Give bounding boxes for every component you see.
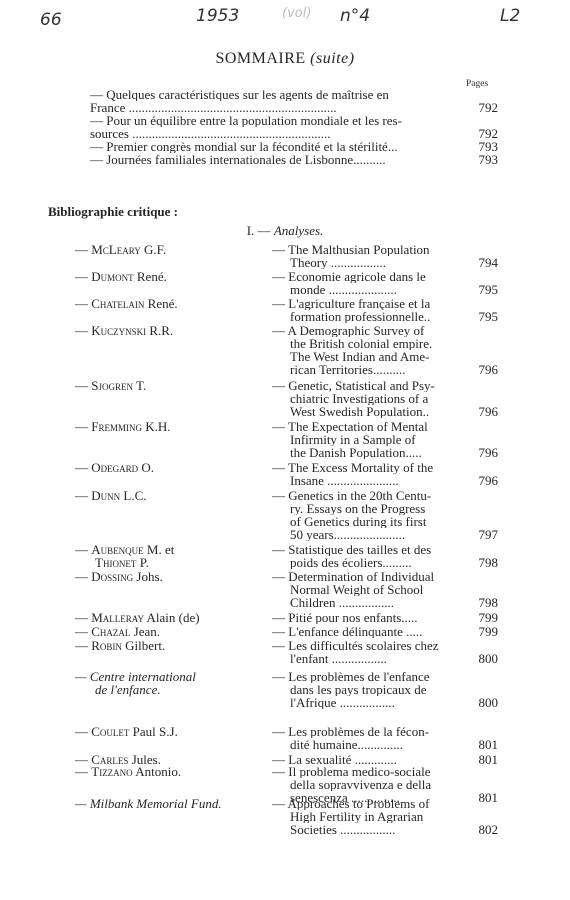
entry-title: — A Demographic Survey ofthe British col…	[272, 324, 468, 376]
entry-page: 798	[476, 556, 498, 569]
entry-author: — Odegard O.	[75, 461, 265, 474]
entry-page: 796	[476, 363, 498, 376]
toc-item: — Journées familiales internationales de…	[90, 153, 498, 166]
handwritten-volume: (vol)	[282, 6, 311, 21]
entry-author: — Chatelain René.	[75, 297, 265, 310]
entry-page: 795	[476, 283, 498, 296]
toc-item: — Premier congrès mondial sur la fécondi…	[90, 140, 498, 153]
entry-page: 801	[476, 791, 498, 804]
entry-author: — Fremming K.H.	[75, 420, 265, 433]
toc-item: — Quelques caractéristiques sur les agen…	[90, 88, 498, 114]
entry-page: 799	[476, 625, 498, 638]
entry-page: 800	[476, 696, 498, 709]
toc-item-page: 792	[479, 101, 499, 114]
toc-item-line: — Premier congrès mondial sur la fécondi…	[90, 140, 462, 153]
entry-page: 796	[476, 446, 498, 459]
entry-page: 797	[476, 528, 498, 541]
entry-title: — Determination of IndividualNormal Weig…	[272, 570, 468, 609]
entry-title: — Genetic, Statistical and Psy-chiatric …	[272, 379, 468, 418]
entry-author: — Coulet Paul S.J.	[75, 725, 265, 738]
entry-title: — Pitié pour nos enfants.....	[272, 611, 468, 624]
section-number: I. —	[247, 223, 271, 238]
section-heading: I. — Analyses.	[0, 223, 570, 239]
entry-author: — Robin Gilbert.	[75, 639, 265, 652]
entry-page: 794	[476, 256, 498, 269]
entry-page: 802	[476, 823, 498, 836]
entry-page: 798	[476, 596, 498, 609]
entry-page: 801	[476, 738, 498, 751]
entry-author: — Centre internationalde l'enfance.	[75, 670, 265, 696]
handwritten-page-number: 66	[40, 10, 62, 30]
entry-title: — L'enfance délinquante .....	[272, 625, 468, 638]
toc-item-line: France .................................…	[90, 101, 462, 114]
entry-page: 799	[476, 611, 498, 624]
toc-item-line: sources ................................…	[90, 127, 462, 140]
toc-item-line: — Journées familiales internationales de…	[90, 153, 462, 166]
title-suffix: (suite)	[310, 50, 354, 67]
bibliography-heading: Bibliographie critique :	[48, 204, 178, 220]
entry-page: 796	[476, 405, 498, 418]
entry-author: — Dumont René.	[75, 270, 265, 283]
entry-author: — Kuczynski R.R.	[75, 324, 265, 337]
handwritten-year: 1953	[196, 6, 239, 26]
entry-page: 795	[476, 310, 498, 323]
entry-author: — Malleray Alain (de)	[75, 611, 265, 624]
entry-title: — The Malthusian PopulationTheory ......…	[272, 243, 468, 269]
toc-item-line: — Quelques caractéristiques sur les agen…	[90, 88, 462, 101]
toc-item: — Pour un équilibre entre la population …	[90, 114, 498, 140]
entry-author: — McLeary G.F.	[75, 243, 265, 256]
entry-page: 800	[476, 652, 498, 665]
entry-page: 796	[476, 474, 498, 487]
entry-title: — Genetics in the 20th Centu-ry. Essays …	[272, 489, 468, 541]
entry-author: — Dossing Johs.	[75, 570, 265, 583]
section-title: Analyses.	[274, 223, 323, 238]
toc-item-line: — Pour un équilibre entre la population …	[90, 114, 462, 127]
entry-author: — Chazal Jean.	[75, 625, 265, 638]
entry-author: — Dunn L.C.	[75, 489, 265, 502]
handwritten-issue: n°4	[340, 6, 370, 26]
entry-title: — The Expectation of MentalInfirmity in …	[272, 420, 468, 459]
handwritten-code: L2	[500, 6, 520, 26]
entry-title: — The Excess Mortality of theInsane ....…	[272, 461, 468, 487]
entry-page: 801	[476, 753, 498, 766]
entry-title: — Approaches to Problems ofHigh Fertilit…	[272, 797, 468, 836]
entry-author: — Tizzano Antonio.	[75, 765, 265, 778]
entry-title: — Les difficultés scolaires chezl'enfant…	[272, 639, 468, 665]
entry-author: — Sjogren T.	[75, 379, 265, 392]
entry-author: — Milbank Memorial Fund.	[75, 797, 265, 810]
entry-title: — Les problèmes de la fécon-dité humaine…	[272, 725, 468, 751]
entry-author: — Aubenque M. etThionet P.	[75, 543, 265, 569]
entry-title: — Les problèmes de l'enfancedans les pay…	[272, 670, 468, 709]
title-main: SOMMAIRE	[215, 50, 305, 67]
page-title: SOMMAIRE (suite)	[0, 50, 570, 68]
toc-item-page: 793	[479, 153, 499, 166]
entry-title: — L'agriculture française et laformation…	[272, 297, 468, 323]
entry-title: — Statistique des tailles et despoids de…	[272, 543, 468, 569]
entry-title: — Economie agricole dans lemonde .......…	[272, 270, 468, 296]
